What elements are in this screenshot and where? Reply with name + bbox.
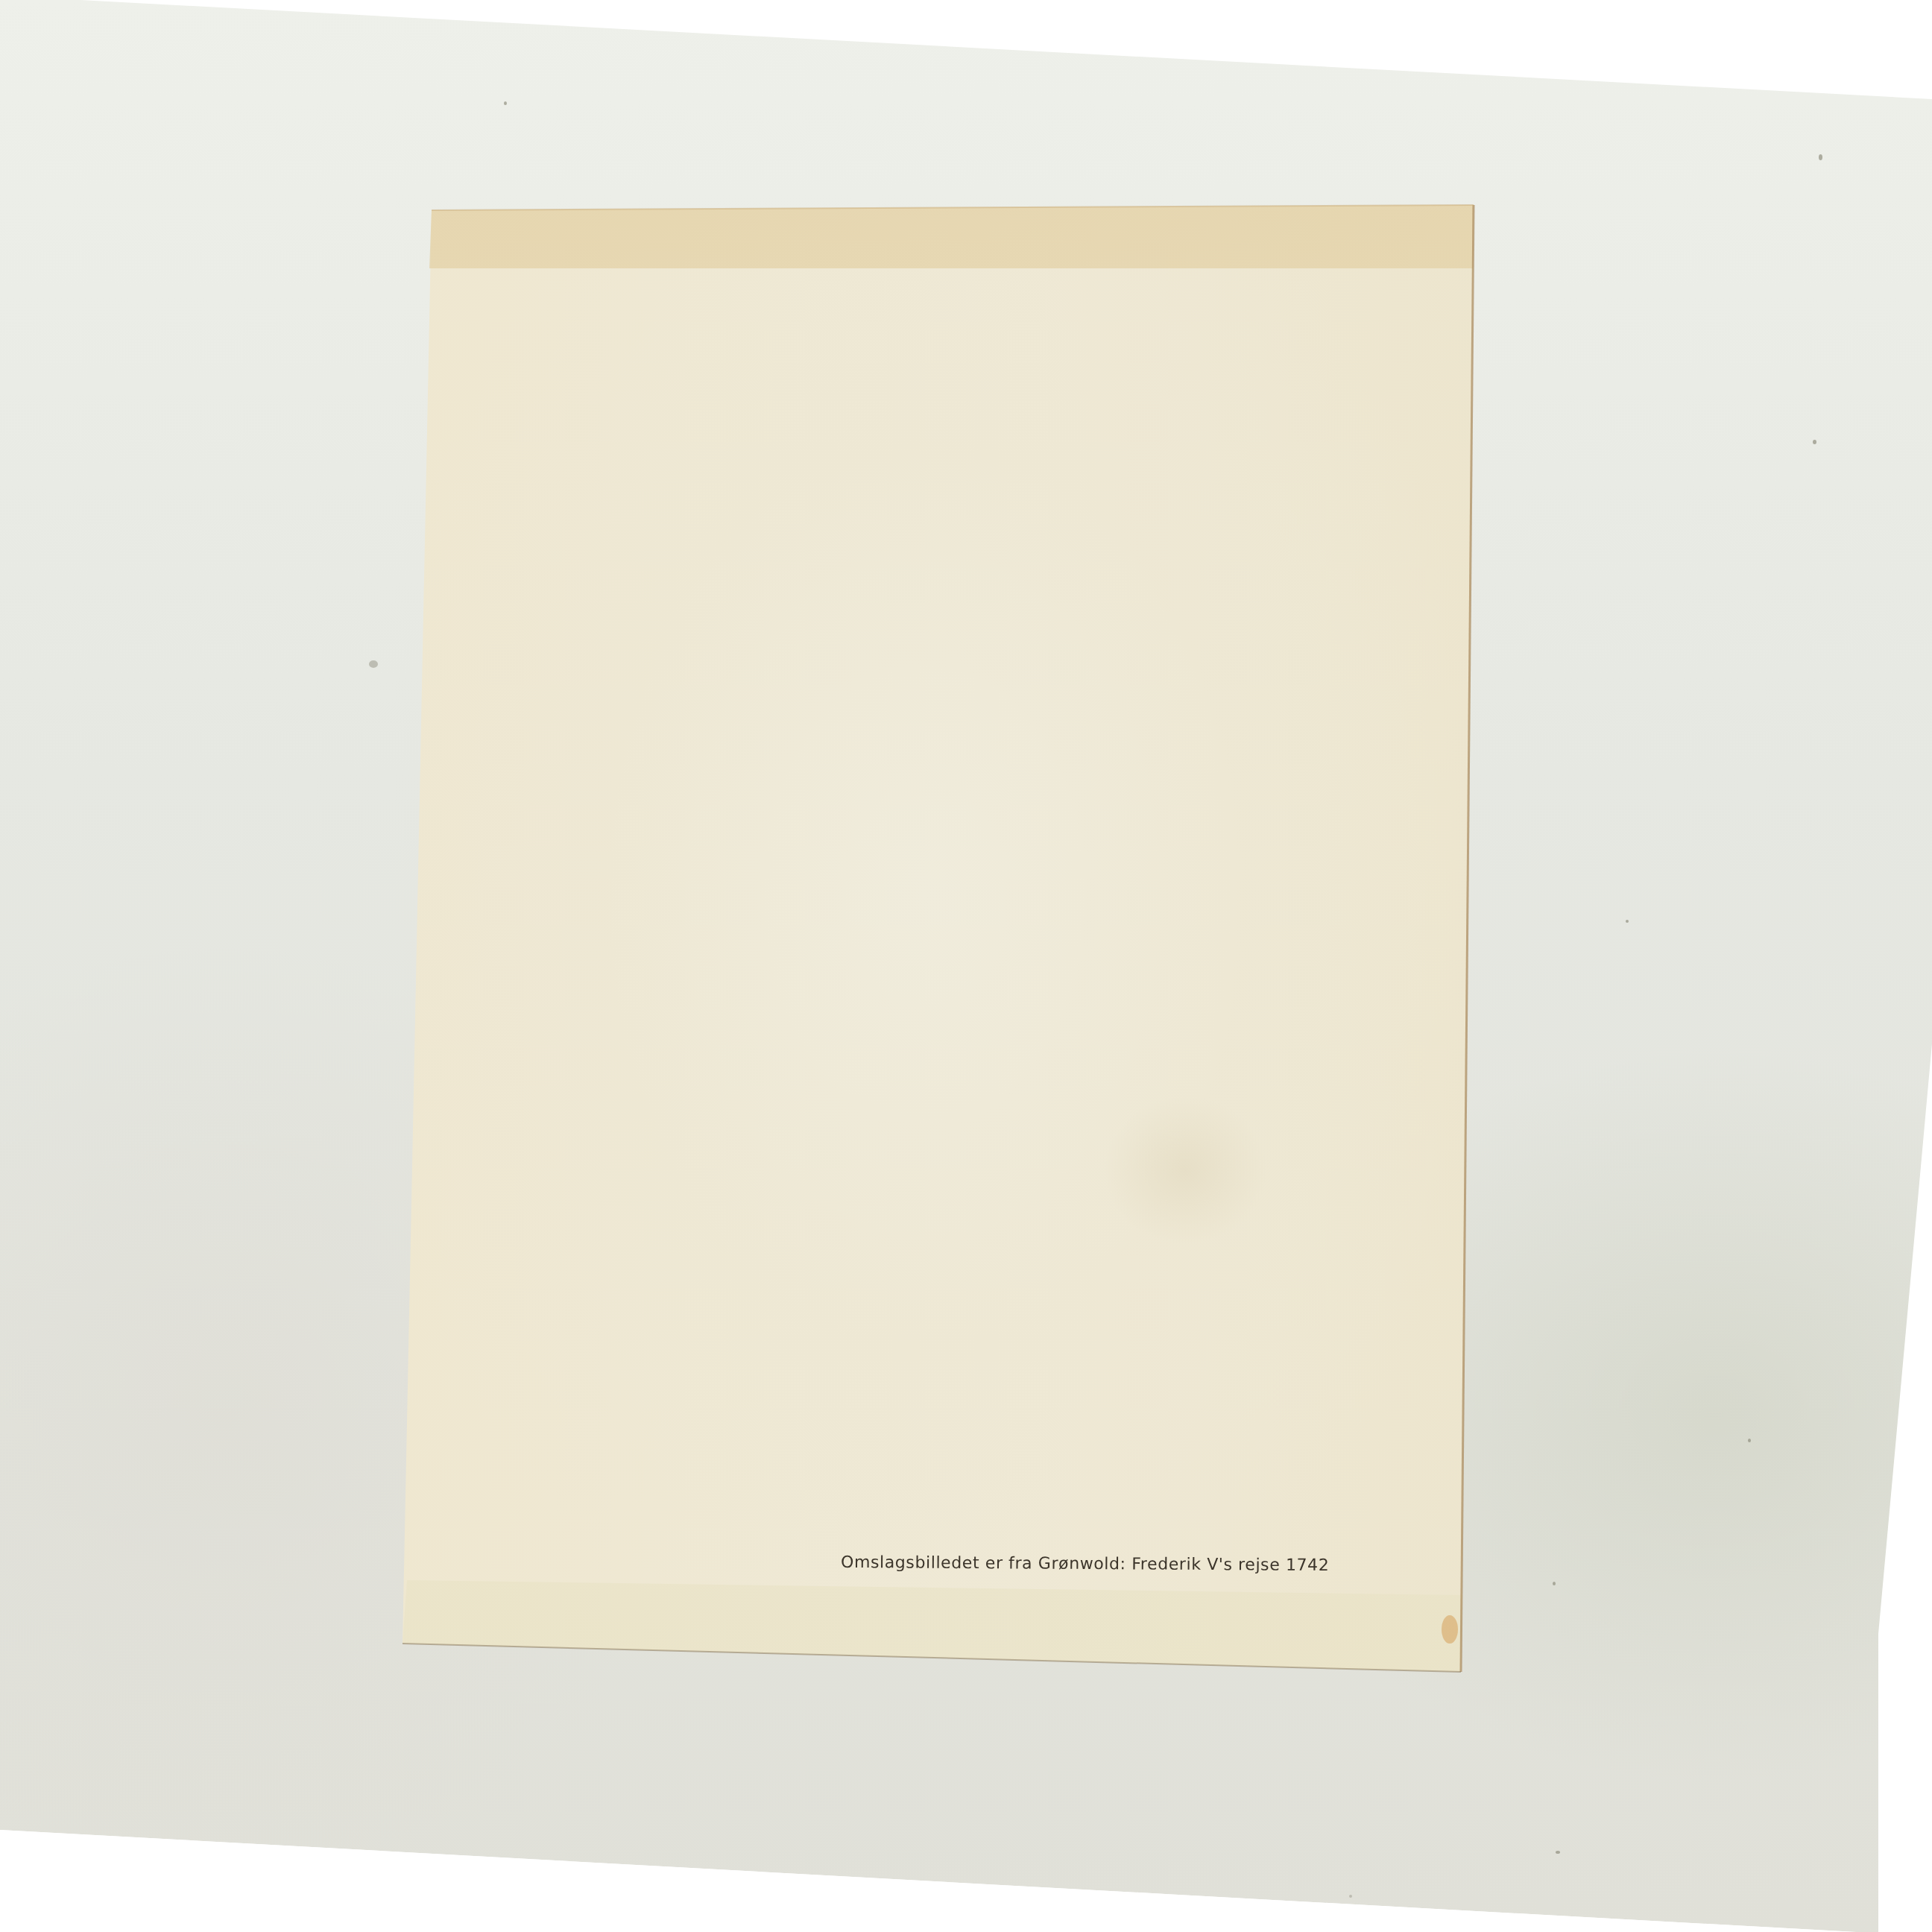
cover-image-credit: Omslagsbilledet er fra Grønwold: Frederi…: [841, 1553, 1329, 1575]
dust-speck: [1553, 1582, 1556, 1585]
dust-speck: [1748, 1439, 1751, 1442]
photo-stage: Omslagsbilledet er fra Grønwold: Frederi…: [0, 0, 1932, 1932]
corner-stain: [1442, 1615, 1458, 1644]
dust-speck: [1626, 920, 1629, 923]
dust-speck: [369, 660, 378, 668]
dust-speck: [1349, 1895, 1352, 1898]
dust-speck: [1556, 1851, 1560, 1854]
paper-blotch: [1103, 1096, 1267, 1245]
dust-speck: [504, 101, 507, 105]
dust-speck: [1819, 154, 1822, 160]
dust-speck: [1813, 440, 1816, 444]
